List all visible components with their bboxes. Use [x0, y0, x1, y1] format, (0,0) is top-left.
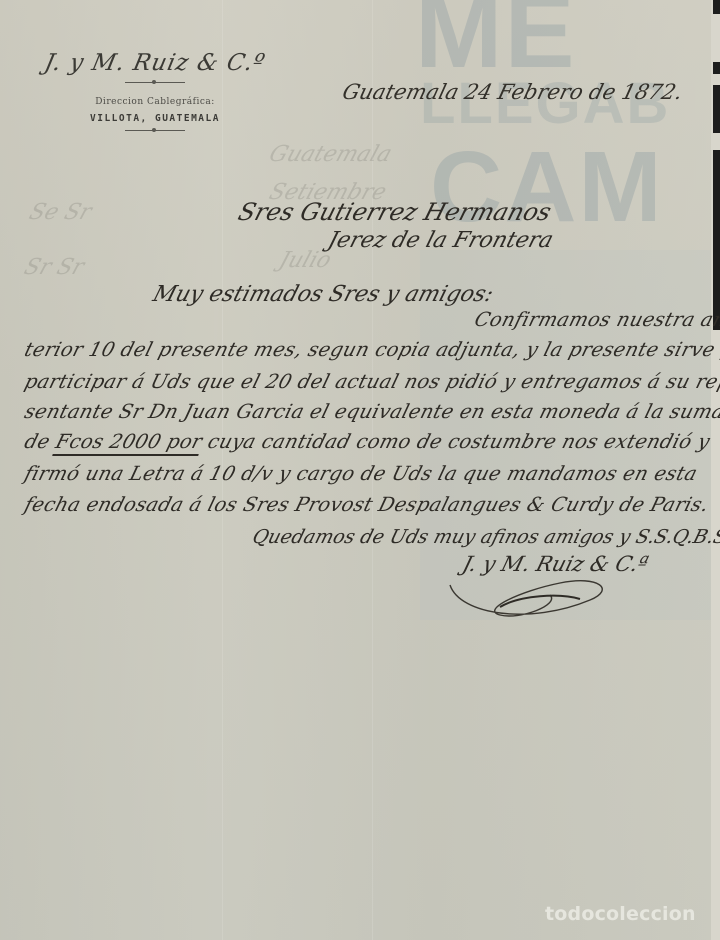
body-line: Confirmamos nuestra an- [472, 308, 720, 331]
show-through-ink: Sr Sr [21, 255, 87, 280]
ornamental-rule [125, 130, 185, 131]
firm-name: J. y M. Ruiz & C.º [37, 50, 273, 76]
letterhead: J. y M. Ruiz & C.º Direccion Cablegráfic… [40, 50, 270, 131]
salutation: Muy estimados Sres y amigos: [150, 282, 496, 307]
body-line: sentante Sr Dn Juan Garcia el equivalent… [22, 400, 720, 423]
recipient-location: Jerez de la Frontera [325, 228, 556, 253]
body-line-rest: cuya cantidad como de costumbre nos exte… [205, 430, 712, 453]
show-through-ink: Se Sr [26, 200, 95, 225]
amount-prefix: de [22, 430, 53, 453]
scan-edge [711, 0, 720, 940]
dateline: Guatemala 24 Febrero de 1872. [340, 80, 685, 104]
ornamental-rule [125, 82, 185, 83]
cable-address-label: Direccion Cablegráfica: [40, 97, 270, 107]
cable-address: VILLOTA, GUATEMALA [40, 113, 270, 124]
watermark-logo: todocoleccion [545, 903, 696, 925]
recipient-name: Sres Gutierrez Hermanos [235, 198, 555, 226]
show-through-ink: Guatemala [266, 142, 395, 167]
body-line: participar á Uds que el 20 del actual no… [22, 370, 720, 393]
amount-value: Fcos 2000 por [52, 430, 205, 456]
body-line: firmó una Letra á 10 d/v y cargo de Uds … [22, 462, 700, 485]
body-line: fecha endosada á los Sres Provost Despal… [22, 493, 712, 516]
signature-flourish [440, 565, 620, 625]
body-line: terior 10 del presente mes, segun copia … [22, 338, 720, 361]
closing: Quedamos de Uds muy afinos amigos y S.S.… [250, 526, 720, 548]
body-line-amount: de Fcos 2000 por cuya cantidad como de c… [22, 430, 713, 453]
